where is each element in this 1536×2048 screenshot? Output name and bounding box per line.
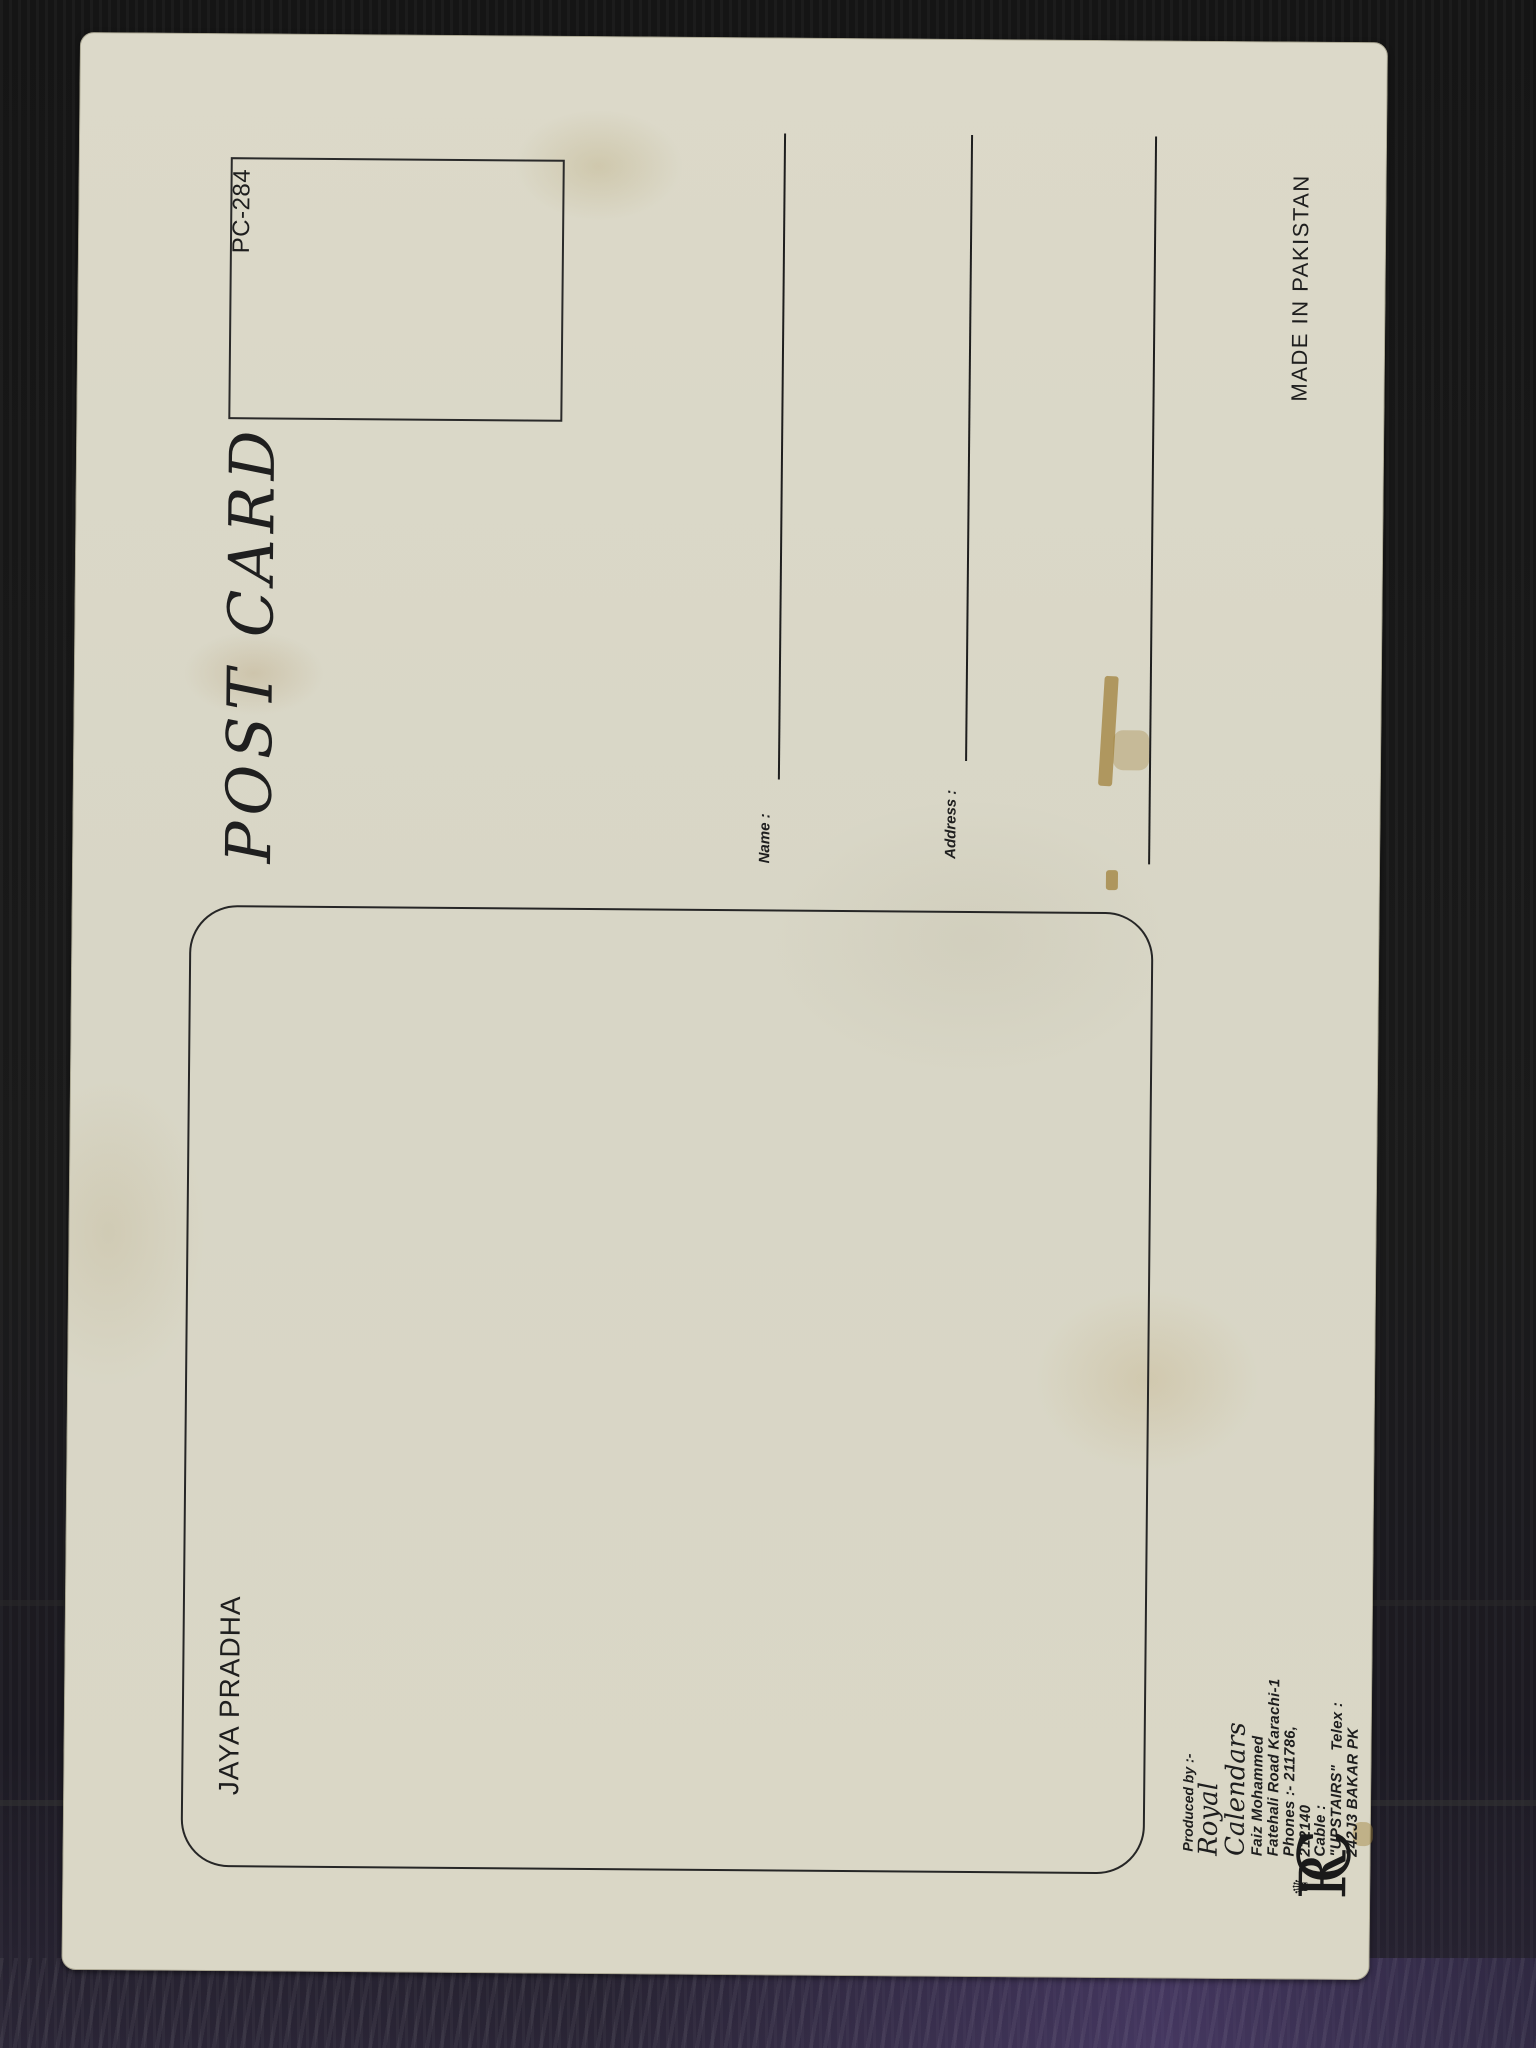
address-label: Address : xyxy=(942,790,960,859)
stain-mark xyxy=(1098,676,1119,787)
stain-mark xyxy=(1106,870,1118,890)
origin-label: MADE IN PAKISTAN xyxy=(1287,174,1315,402)
address-line-2[interactable] xyxy=(1148,136,1157,864)
picture-caption-frame xyxy=(180,905,1153,1874)
post-card-heading: POST CARD xyxy=(212,424,289,863)
name-label: Name : xyxy=(756,813,773,863)
name-line[interactable] xyxy=(778,134,786,780)
stamp-box xyxy=(228,157,565,422)
subject-name: JAYA PRADHA xyxy=(213,1595,247,1795)
postcard-back: PC-284 POST CARD Name : Address : MADE I… xyxy=(61,32,1388,1980)
producer-block: ♛ R C Produced by :- Royal Calendars Fai… xyxy=(1180,1677,1362,1900)
logo-monogram-c: C xyxy=(1292,1828,1357,1884)
stain-mark xyxy=(1113,730,1149,770)
stamp-code: PC-284 xyxy=(228,169,257,254)
company-name: Royal Calendars xyxy=(1195,1678,1251,1857)
address-line[interactable] xyxy=(965,135,973,761)
royal-calendars-logo: ♛ R C xyxy=(1288,1864,1360,1900)
company-address: Faiz Mohammed Fatehali Road Karachi-1 xyxy=(1250,1678,1283,1856)
